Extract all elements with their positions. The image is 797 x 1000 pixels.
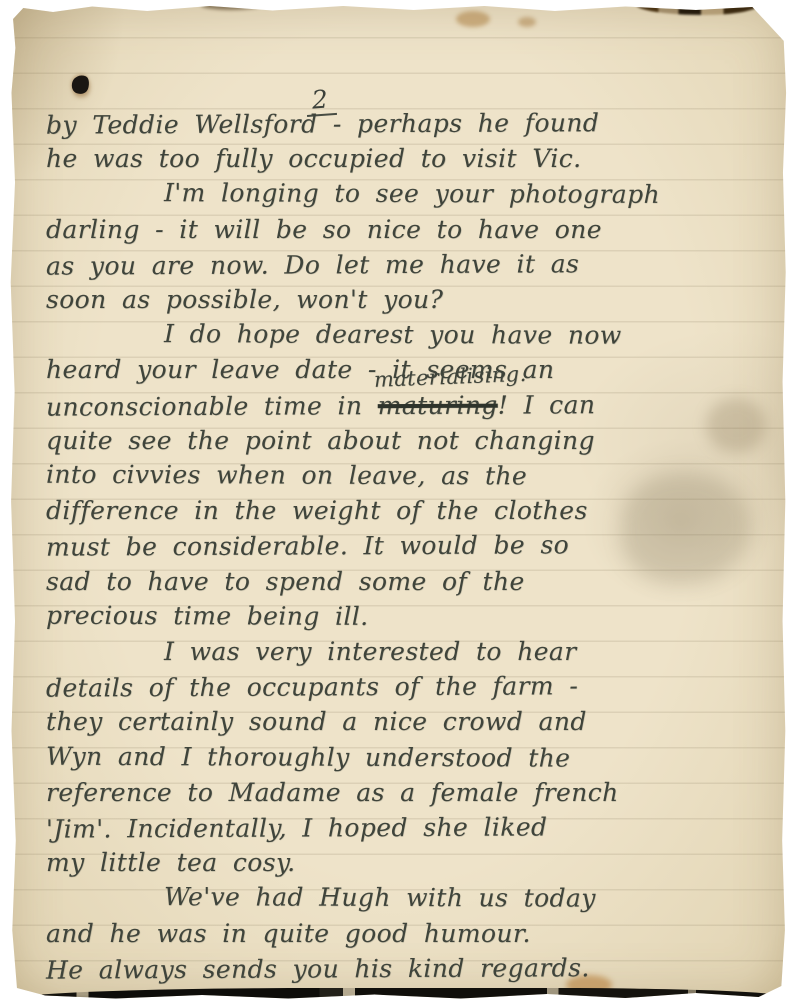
scan-cutoff-strip [6,988,790,1000]
handwritten-line: he was too fully occupied to visit Vic. [46,141,772,176]
letter-body: by Teddie Wellsford - perhaps he foundhe… [46,106,772,986]
handwritten-text: Wyn and I thoroughly understood the [46,741,570,772]
handwritten-text: must be considerable. It would be so [46,531,569,562]
handwritten-text: by Teddie Wellsford - perhaps he found [46,108,599,139]
handwritten-line: reference to Madame as a female french [46,775,772,810]
fox-spot [456,11,490,27]
struck-out-word: maturingmaterialising. [378,390,498,420]
handwritten-text: details of the occupants of the farm - [46,672,578,703]
handwritten-text: 'Jim'. Incidentally, I hoped she liked [46,812,548,843]
handwritten-line: unconscionable time in maturingmateriali… [46,386,772,424]
handwritten-line: into civvies when on leave, as the [46,457,772,495]
handwritten-line: difference in the weight of the clothes [46,493,772,528]
handwritten-line: and he was in quite good humour. [46,916,772,951]
letter-page: 2 by Teddie Wellsford - perhaps he found… [6,3,790,1000]
handwritten-text: precious time being ill. [46,601,369,631]
handwritten-text: as you are now. Do let me have it as [46,249,579,280]
handwritten-text: they certainly sound a nice crowd and [46,707,587,736]
handwritten-line: 'Jim'. Incidentally, I hoped she liked [46,808,772,846]
handwritten-text: reference to Madame as a female french [46,778,619,807]
handwritten-line: as you are now. Do let me have it as [46,245,772,283]
handwritten-text: He always sends you his kind regards. [46,953,590,984]
handwritten-text: sad to have to spend some of the [46,567,525,596]
handwritten-line: my little tea cosy. [46,845,772,880]
handwritten-text: unconscionable time in [46,391,378,421]
handwritten-text: soon as possible, won't you? [46,285,443,314]
handwritten-text: and he was in quite good humour. [46,919,531,948]
scan-background: 2 by Teddie Wellsford - perhaps he found… [0,0,797,1000]
handwritten-text: darling - it will be so nice to have one [46,215,602,244]
handwritten-line: I'm longing to see your photograph [46,175,772,213]
handwritten-line: quite see the point about not changing [46,423,772,458]
handwritten-text: ! I can [498,390,596,419]
handwritten-line: Wyn and I thoroughly understood the [46,738,772,776]
handwritten-text: my little tea cosy. [46,848,296,877]
handwritten-text: We've had Hugh with us today [164,883,596,914]
handwritten-text: I was very interested to hear [164,637,577,666]
handwritten-line: soon as possible, won't you? [46,282,772,317]
handwritten-line: they certainly sound a nice crowd and [46,704,772,739]
handwritten-text: into civvies when on leave, as the [46,460,527,491]
handwritten-text: I'm longing to see your photograph [164,179,660,210]
handwritten-text: he was too fully occupied to visit Vic. [46,144,581,173]
handwritten-text: difference in the weight of the clothes [46,496,588,525]
handwritten-text: I do hope dearest you have now [164,319,622,350]
inserted-correction: materialising. [373,363,526,390]
handwritten-line: He always sends you his kind regards. [46,949,772,987]
handwritten-line: must be considerable. It would be so [46,527,772,565]
handwritten-line: details of the occupants of the farm - [46,668,772,706]
handwritten-line: I do hope dearest you have now [46,316,772,354]
top-edge-mark [201,1,261,10]
handwritten-line: I was very interested to hear [46,634,772,669]
handwritten-text: quite see the point about not changing [46,426,595,455]
handwritten-line: We've had Hugh with us today [46,879,772,917]
top-edge-burn-mark [636,2,761,15]
handwritten-line: precious time being ill. [46,598,772,636]
handwritten-line: sad to have to spend some of the [46,564,772,599]
fox-spot [518,17,536,27]
handwritten-line: darling - it will be so nice to have one [46,212,772,247]
handwritten-line: by Teddie Wellsford - perhaps he found [46,104,772,142]
